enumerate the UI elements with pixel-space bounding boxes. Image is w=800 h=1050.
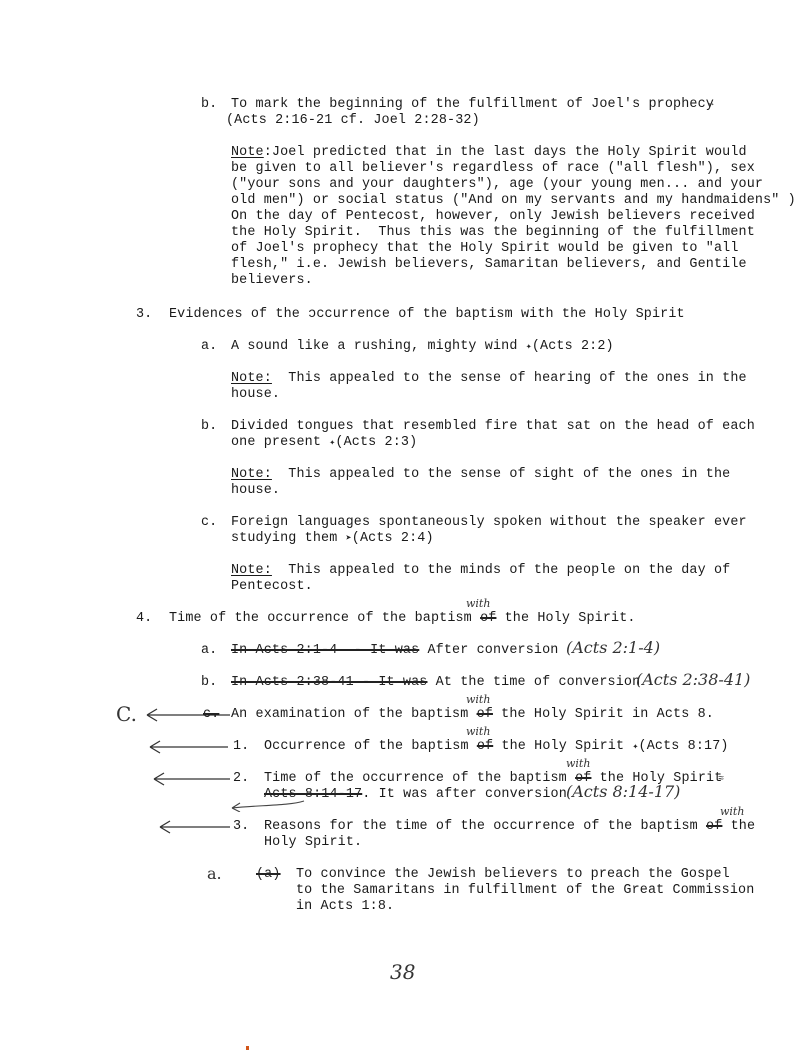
item-3c-note: Note: This appealed to the minds of the … <box>231 563 730 579</box>
item-c1-text: Occurrence of the baptism of the Holy Sp… <box>264 739 729 756</box>
handwritten-insert: with <box>466 597 490 610</box>
item-3c-text: studying them ➤(Acts 2:4) <box>231 531 434 548</box>
item-3b-label: b. <box>201 419 217 435</box>
scan-artifact <box>246 1046 249 1050</box>
handwritten-insert: with <box>466 725 490 738</box>
arrow-left-icon <box>228 800 308 812</box>
item-3a-label: a. <box>201 339 217 355</box>
item-2b-reference: (Acts 2:16-21 cf. Joel 2:28-32) <box>226 113 480 129</box>
handwritten-sub-label: a. <box>207 864 222 883</box>
item-2b-note-line: be given to all believer's regardless of… <box>231 161 755 177</box>
item-2b-note-line: believers. <box>231 273 313 289</box>
struck-sub-label: (a) <box>256 867 281 883</box>
item-3c-text: Foreign languages spontaneously spoken w… <box>231 515 747 531</box>
handwritten-reference: (Acts 8:14-17) <box>566 782 680 801</box>
item-3a-note: house. <box>231 387 280 403</box>
item-c3-label: 3. <box>233 819 249 835</box>
item-3b-text: Divided tongues that resembled fire that… <box>231 419 755 435</box>
arrow-left-icon <box>148 740 233 754</box>
item-c3-text: Holy Spirit. <box>264 835 362 851</box>
item-c3-text: Reasons for the time of the occurrence o… <box>264 819 755 835</box>
item-2b-note-line: On the day of Pentecost, however, only J… <box>231 209 755 225</box>
arrow-left-icon <box>152 772 234 786</box>
item-c2-text: Acts 8:14-17. It was after conversion <box>264 787 567 803</box>
item-2b-note-line: the Holy Spirit. Thus this was the begin… <box>231 225 755 241</box>
item-2b-text: To mark the beginning of the fulfillment… <box>231 97 714 113</box>
sub-a-text: in Acts 1:8. <box>296 899 394 915</box>
arrow-left-icon <box>145 708 235 722</box>
item-2b-note-line: of Joel's prophecy that the Holy Spirit … <box>231 241 739 257</box>
arrow-left-icon <box>158 820 234 834</box>
handwritten-section-label: C. <box>116 702 137 726</box>
section-4-title: Time of the occurrence of the baptism of… <box>169 611 636 627</box>
item-c1-label: 1. <box>233 739 249 755</box>
struck-label: c. <box>203 707 219 723</box>
sub-a-text: to the Samaritans in fulfillment of the … <box>296 883 754 899</box>
section-3-number: 3. <box>136 307 152 323</box>
item-3a-text: A sound like a rushing, mighty wind ✦(Ac… <box>231 339 614 356</box>
item-c2-label: 2. <box>233 771 249 787</box>
item-4b-label: b. <box>201 675 217 691</box>
item-4a-text: In Acts 2:1-4 - It was After conversion <box>231 643 558 659</box>
item-3b-note: Note: This appealed to the sense of sigh… <box>231 467 730 483</box>
handwritten-mark-icon: ≈ <box>718 774 724 785</box>
section-4-number: 4. <box>136 611 152 627</box>
note-label: Note <box>231 145 264 160</box>
item-4a-label: a. <box>201 643 217 659</box>
item-3b-note: house. <box>231 483 280 499</box>
handwritten-insert: with <box>566 757 590 770</box>
item-3c-label: c. <box>201 515 217 531</box>
page-number: 38 <box>390 960 415 984</box>
sub-a-text: To convince the Jewish believers to prea… <box>296 867 730 883</box>
item-2b-label: b. <box>201 97 217 113</box>
item-2b-note-line: old men") or social status ("And on my s… <box>231 193 796 209</box>
item-2b-note-line: Note:Joel predicted that in the last day… <box>231 145 747 161</box>
section-3-title: Evidences of the ɔccurrence of the bapti… <box>169 307 685 323</box>
item-2b-note-line: ("your sons and your daughters"), age (y… <box>231 177 763 193</box>
handwritten-reference: (Acts 2:38-41) <box>636 670 750 689</box>
item-2b-note-line: flesh," i.e. Jewish believers, Samaritan… <box>231 257 747 273</box>
handwritten-mark-icon: ➳ <box>708 99 714 111</box>
handwritten-reference: (Acts 2:1-4) <box>566 638 660 657</box>
item-4b-text: In Acts 2:38-41 - It was At the time of … <box>231 675 640 691</box>
item-3a-note: Note: This appealed to the sense of hear… <box>231 371 747 387</box>
item-3c-note: Pentecost. <box>231 579 313 595</box>
handwritten-insert: with <box>720 805 744 818</box>
item-3b-text: one present ✦(Acts 2:3) <box>231 435 417 452</box>
handwritten-insert: with <box>466 693 490 706</box>
section-c-title: An examination of the baptism of the Hol… <box>231 707 714 723</box>
